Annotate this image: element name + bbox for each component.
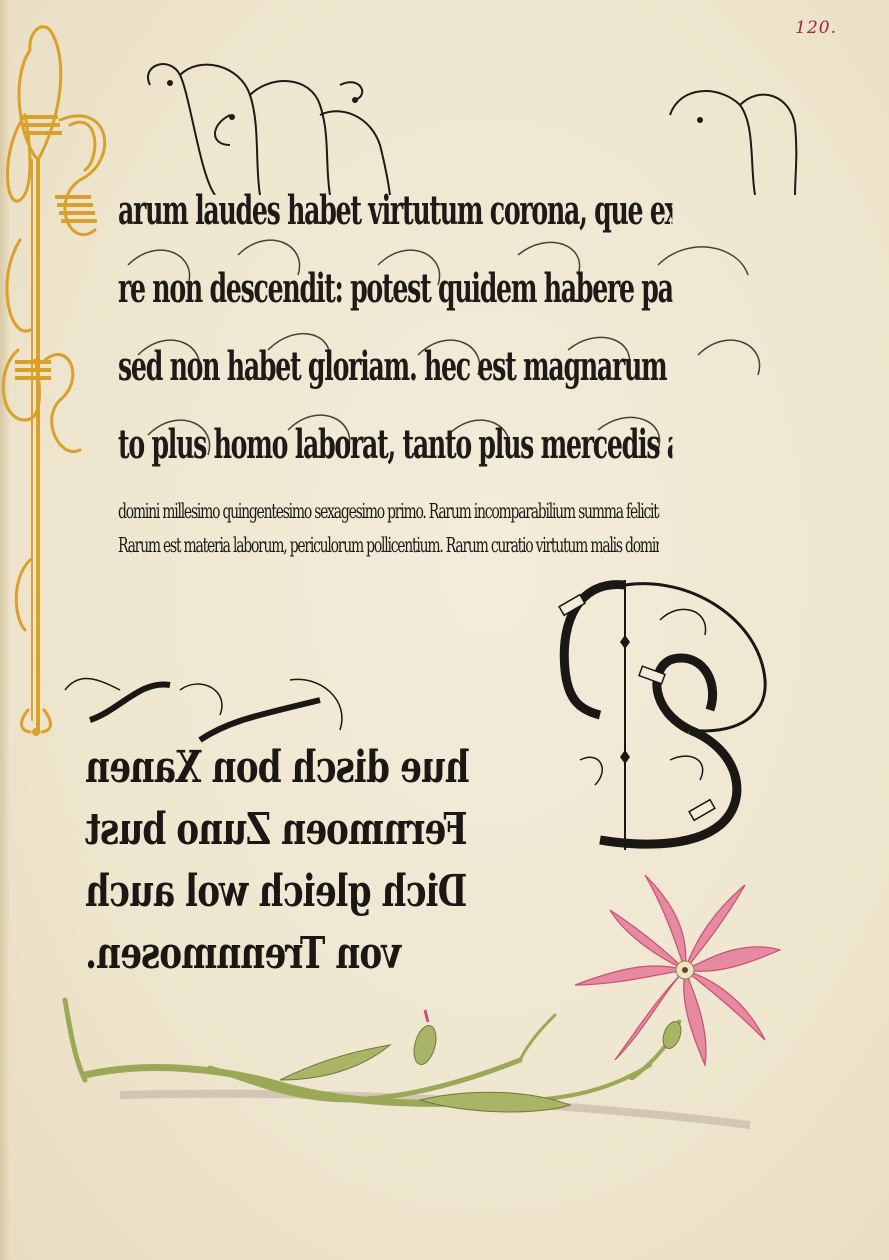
manuscript-page: 120.: [0, 0, 889, 1260]
cadel-flourishes-top: [140, 55, 800, 195]
latin-textura-passage: arum laudes habet virtutum corona, que e…: [118, 178, 778, 562]
decorated-initial-b: [540, 560, 790, 860]
gold-marginal-flourish: [0, 20, 130, 740]
folio-number: 120.: [795, 18, 837, 38]
mirror-line-2: Fernmoen Zuno bust: [86, 797, 554, 868]
mirror-line-3: Dich gleich wol auch: [86, 859, 554, 930]
mirror-line-1: hue disch bon Xanen: [86, 735, 554, 806]
flower-stem-illustration: [50, 990, 770, 1140]
mirror-written-passage: hue disch bon Xanen Fernmoen Zuno bust D…: [60, 735, 580, 983]
mirror-line-4: von Trennmosen.: [86, 921, 554, 992]
